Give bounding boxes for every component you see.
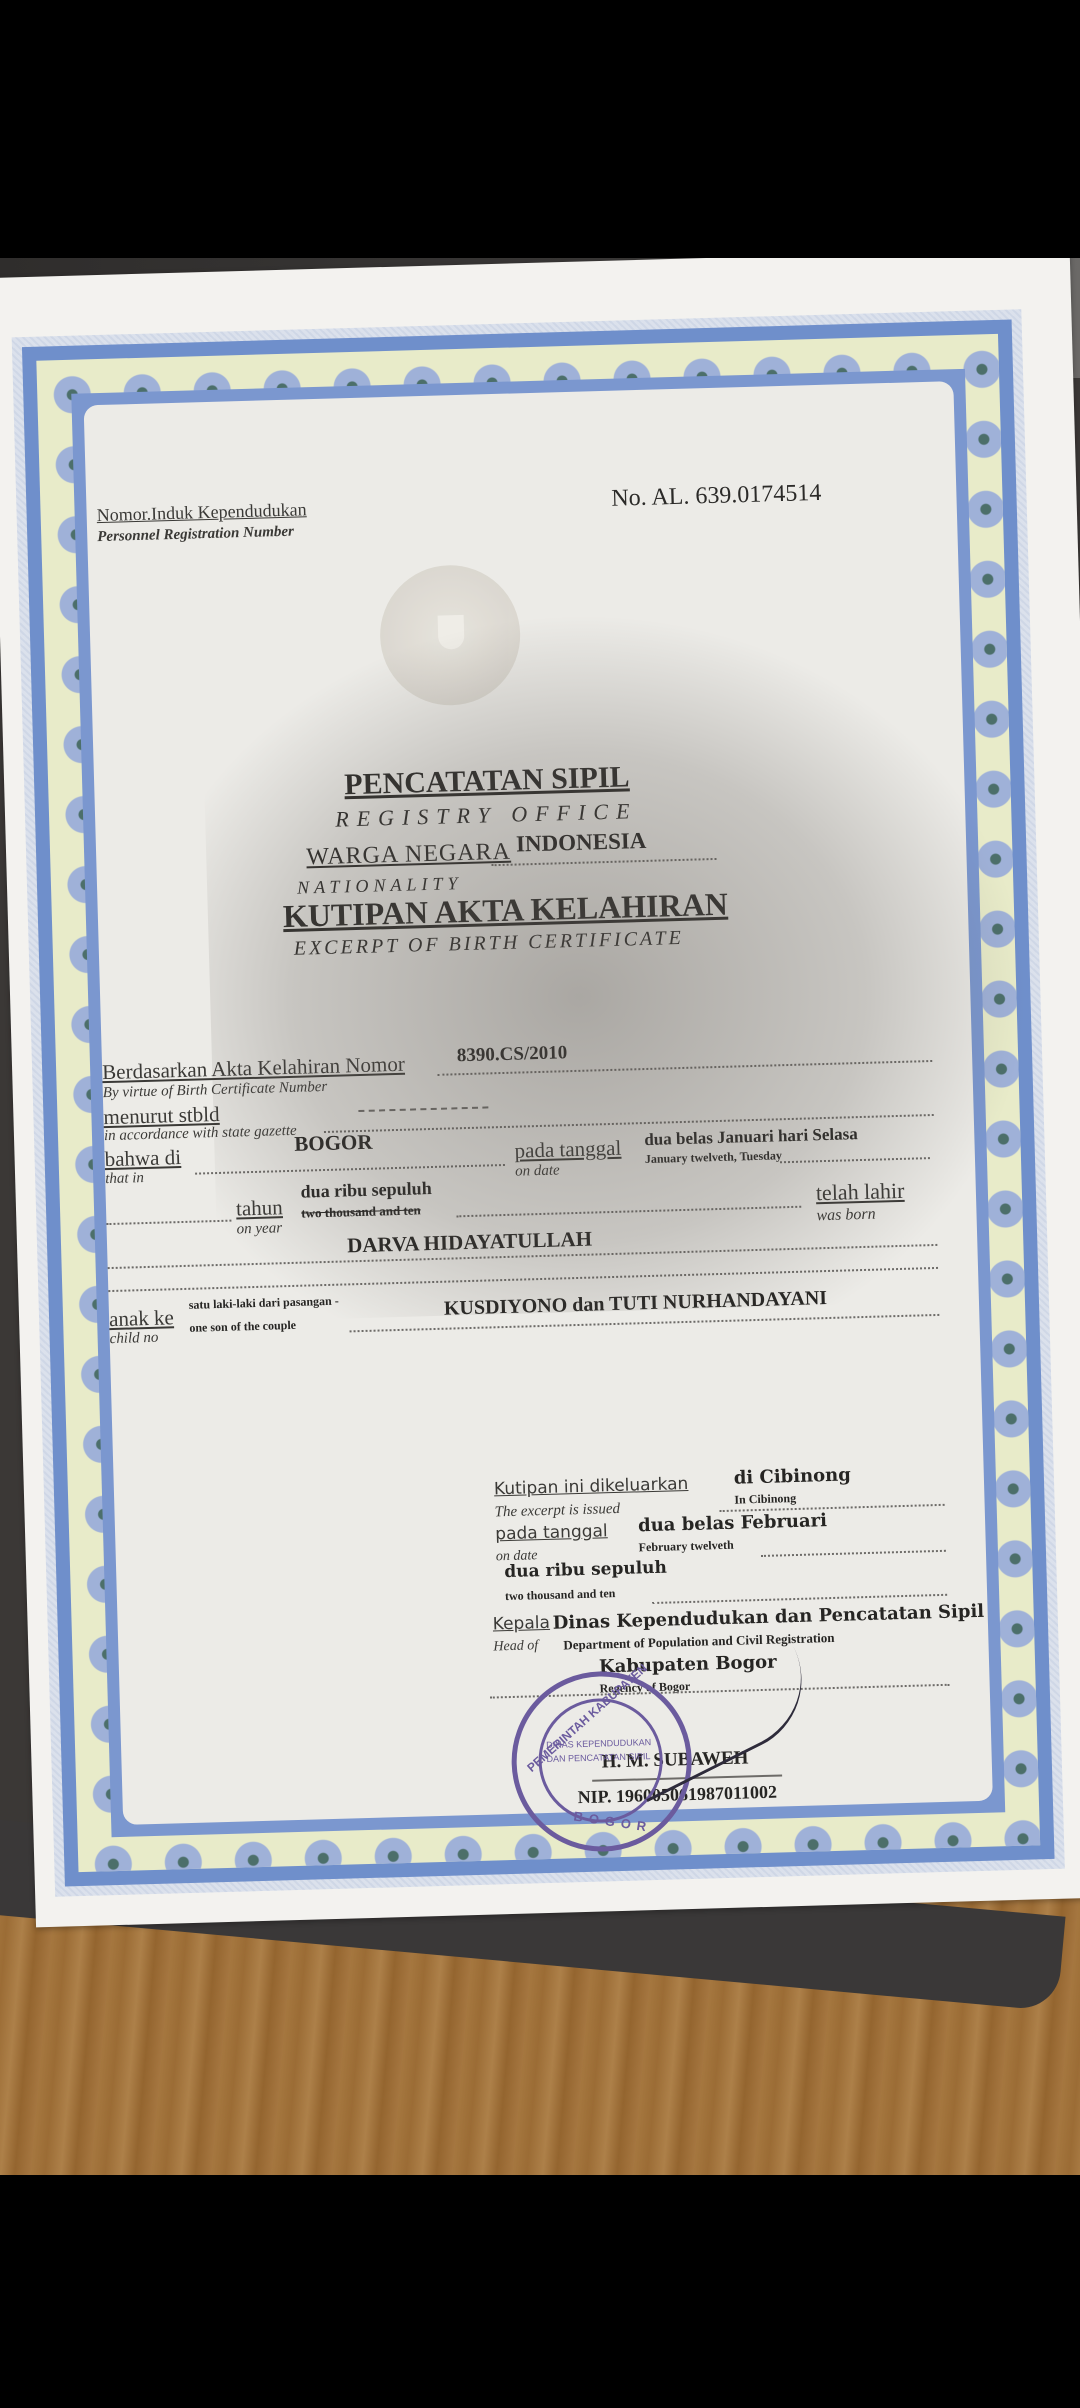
issued-date-en: February twelveth	[639, 1538, 734, 1556]
place-label-en: that in	[105, 1170, 144, 1188]
issued-year-en: two thousand and ten	[505, 1586, 616, 1604]
date-label-en: on date	[515, 1162, 560, 1180]
document-photo: Nomor.Induk Kependudukan Personnel Regis…	[0, 258, 1080, 2175]
issued-date-label: pada tanggal	[495, 1521, 608, 1544]
year-label: tahun	[236, 1195, 283, 1221]
top-black-bar	[0, 0, 1080, 258]
child-no-label-en: child no	[109, 1330, 158, 1348]
date-label: pada tanggal	[514, 1136, 621, 1164]
issued-label-en: The excerpt is issued	[494, 1501, 620, 1521]
bottom-black-bar	[0, 2175, 1080, 2408]
place-value: BOGOR	[294, 1130, 373, 1157]
cert-number-value: 8390.CS/2010	[457, 1042, 568, 1067]
place-label: bahwa di	[104, 1145, 181, 1172]
year-value-en: two thousand and ten	[301, 1202, 421, 1221]
issued-place: di Cibinong	[734, 1464, 852, 1488]
born-label-en: was born	[816, 1206, 876, 1226]
child-no-label: anak ke	[109, 1305, 174, 1332]
birth-certificate: Nomor.Induk Kependudukan Personnel Regis…	[0, 258, 1080, 1927]
year-label-en: on year	[236, 1220, 282, 1238]
child-no-value-en: one son of the couple	[189, 1318, 296, 1336]
year-value: dua ribu sepuluh	[300, 1178, 432, 1203]
nationality-value: INDONESIA	[516, 828, 647, 858]
issued-place-en: In Cibinong	[734, 1491, 796, 1508]
head-label: Kepala	[493, 1613, 551, 1635]
born-label: telah lahir	[816, 1178, 905, 1206]
head-label-en: Head of	[493, 1638, 538, 1655]
nationality-label: WARGA NEGARA	[306, 839, 511, 872]
